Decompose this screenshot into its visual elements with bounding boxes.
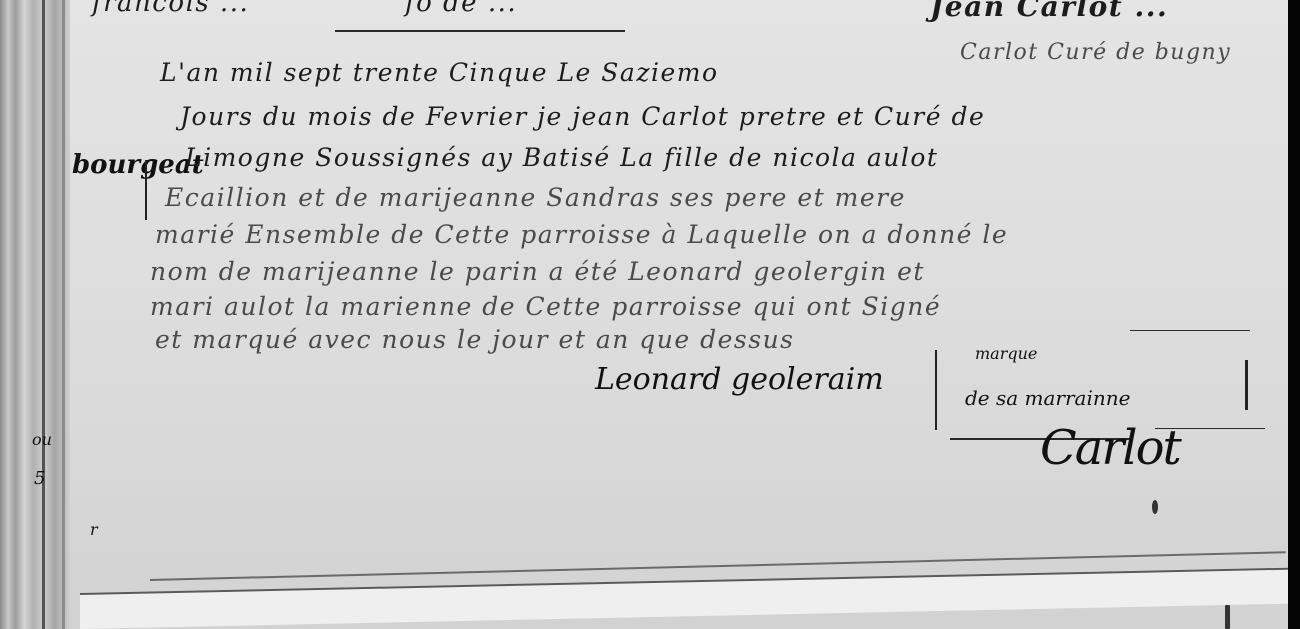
body-line-5: marié Ensemble de Cette parroisse à Laqu… [155, 220, 1008, 249]
body-line-6: nom de marijeanne le parin a été Leonard… [150, 257, 925, 286]
page-right-edge [1288, 0, 1300, 629]
left-margin-fragment: 5 [34, 468, 45, 489]
margin-brace [145, 160, 147, 220]
header-fragment-right: Jean Carlot ... [930, 0, 1168, 23]
signature-brace-left [935, 350, 937, 430]
ink-mark [1225, 605, 1230, 629]
body-line-7: mari aulot la marienne de Cette parroiss… [150, 292, 941, 321]
header-rule [335, 30, 625, 32]
header-fragment-left: francois ... [92, 0, 249, 18]
godmother-mark-line-2: de sa marrainne [965, 386, 1130, 410]
header-fragment-center: fo de ... [405, 0, 517, 18]
left-margin-fragment: r [90, 520, 98, 539]
annotation-cure: Carlot Curé de bugny [960, 40, 1231, 65]
godmother-mark-line-1: marque [975, 344, 1037, 363]
register-page: francois ... fo de ... Jean Carlot ... C… [0, 0, 1300, 629]
closing-rule [1130, 330, 1250, 331]
body-line-3: Limogne Soussignés ay Batisé La fille de… [185, 143, 938, 172]
body-line-4: Ecaillion et de marijeanne Sandras ses p… [165, 183, 906, 212]
ink-spot [1152, 500, 1158, 514]
book-binding [0, 0, 70, 629]
signature-brace-right [1245, 360, 1248, 410]
margin-name: bourgeat [72, 150, 204, 180]
left-margin-fragment: ou [32, 430, 52, 449]
body-line-8: et marqué avec nous le jour et an que de… [155, 325, 795, 354]
signature-priest: Carlot [1040, 420, 1180, 476]
signature-godfather: Leonard geoleraim [595, 362, 884, 397]
body-line-1: L'an mil sept trente Cinque Le Saziemo [160, 58, 719, 87]
body-line-2: Jours du mois de Fevrier je jean Carlot … [180, 102, 985, 131]
binding-shadow-line [42, 0, 45, 629]
binding-shadow-line [62, 0, 65, 629]
